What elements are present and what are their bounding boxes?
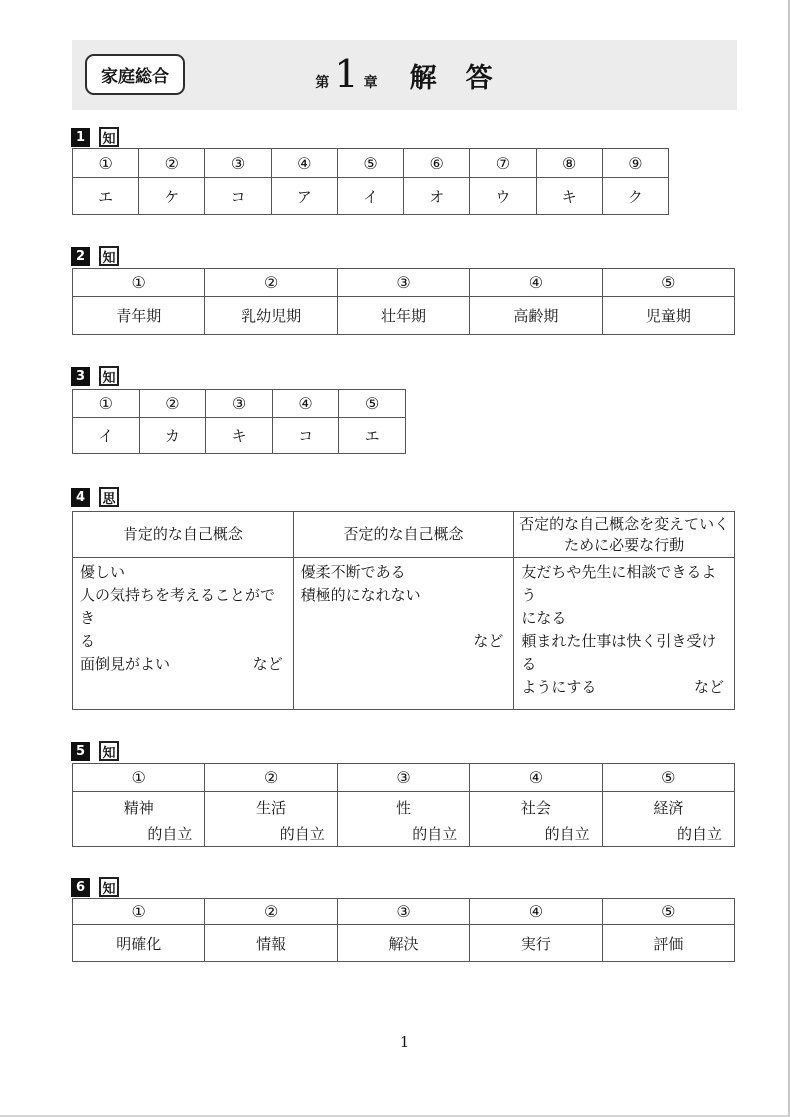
column-header: ⑥ <box>404 149 470 178</box>
column-header: ① <box>73 390 140 418</box>
chapter-header-band: 家庭総合 第 1 章 解 答 <box>72 40 737 110</box>
answer-line: 積極的になれない <box>294 584 514 607</box>
column-header: ④ <box>470 269 602 297</box>
answer-cell: 児童期 <box>603 297 734 334</box>
table-header-row: 肯定的な自己概念 否定的な自己概念 否定的な自己概念を変えていく ために必要な行… <box>73 512 734 558</box>
section-5-number-badge: 5 <box>71 742 90 761</box>
answer-cell: エ <box>73 178 139 214</box>
section-4-number-badge: 4 <box>71 488 90 507</box>
chapter-suffix: 章 <box>364 72 378 92</box>
column-header: ③ <box>338 764 470 792</box>
answer-cell: 高齢期 <box>470 297 602 334</box>
column-header: ② <box>139 149 205 178</box>
page-number: 1 <box>72 1033 737 1051</box>
table-answer-row: 優しい 人の気持ちを考えることができ る 面倒見がよいなど 優柔不断である 積極… <box>73 558 734 709</box>
table-answer-row: 青年期 乳幼児期 壮年期 高齢期 児童期 <box>73 297 734 334</box>
section-5-answer-table: ① ② ③ ④ ⑤ 精神 的自立 生活 的自立 性 的自立 社会 的自立 <box>72 763 735 847</box>
column-header: ③ <box>206 390 273 418</box>
column-header: ⑨ <box>603 149 668 178</box>
answer-cell: ア <box>272 178 338 214</box>
answer-cell: コ <box>273 418 340 453</box>
knowledge-tag-badge: 知 <box>99 366 119 386</box>
answer-line: 人の気持ちを考えることができ <box>73 584 293 630</box>
answer-cell: 友だちや先生に相談できるよう になる 頼まれた仕事は快く引き受ける ようにするな… <box>514 558 734 709</box>
column-header: ① <box>73 269 205 297</box>
section-6-header: 6 知 <box>71 877 119 897</box>
section-6-number-badge: 6 <box>71 878 90 897</box>
answer-line: など <box>294 630 514 653</box>
table-answer-row: 明確化 情報 解決 実行 評価 <box>73 925 734 961</box>
answer-cell: 経済 的自立 <box>603 792 734 846</box>
table-answer-row: エ ケ コ ア イ オ ウ キ ク <box>73 178 668 214</box>
answer-cell: 青年期 <box>73 297 205 334</box>
column-header: ③ <box>205 149 271 178</box>
answer-cell: ク <box>603 178 668 214</box>
answer-cell: エ <box>339 418 405 453</box>
answer-cell: 壮年期 <box>338 297 470 334</box>
answer-cell: 社会 的自立 <box>470 792 602 846</box>
column-header: 否定的な自己概念を変えていく ために必要な行動 <box>514 512 734 558</box>
section-1-header: 1 知 <box>71 127 119 147</box>
answer-line: 友だちや先生に相談できるよう <box>514 561 734 607</box>
column-header: 肯定的な自己概念 <box>73 512 294 558</box>
answer-cell: コ <box>205 178 271 214</box>
column-header: ④ <box>470 764 602 792</box>
column-header: ② <box>140 390 207 418</box>
column-header: ① <box>73 899 205 925</box>
answer-cell: キ <box>206 418 273 453</box>
answer-cell: オ <box>404 178 470 214</box>
chapter-number: 1 <box>334 55 358 93</box>
answer-cell: 明確化 <box>73 925 205 961</box>
answer-cell: 性 的自立 <box>338 792 470 846</box>
column-header: ② <box>205 899 337 925</box>
answer-line <box>294 607 514 630</box>
answer-cell: ウ <box>470 178 536 214</box>
table-header-row: ① ② ③ ④ ⑤ <box>73 764 734 792</box>
section-5-header: 5 知 <box>71 741 119 761</box>
column-header: ② <box>205 269 337 297</box>
column-header: ③ <box>338 899 470 925</box>
section-1-answer-table: ① ② ③ ④ ⑤ ⑥ ⑦ ⑧ ⑨ エ ケ コ ア イ オ ウ キ ク <box>72 148 669 215</box>
answer-cell: 精神 的自立 <box>73 792 205 846</box>
answer-cell: 優柔不断である 積極的になれない など <box>294 558 515 709</box>
answer-cell: 解決 <box>338 925 470 961</box>
chapter-prefix: 第 <box>315 72 329 92</box>
column-header: 否定的な自己概念 <box>294 512 515 558</box>
answer-cell: イ <box>73 418 140 453</box>
section-2-header: 2 知 <box>71 246 119 266</box>
column-header: ⑤ <box>339 390 405 418</box>
answer-cell: 生活 的自立 <box>205 792 337 846</box>
section-3-number-badge: 3 <box>71 367 90 386</box>
answer-line: になる <box>514 607 734 630</box>
section-3-header: 3 知 <box>71 366 119 386</box>
answer-line: 頼まれた仕事は快く引き受ける <box>514 630 734 676</box>
answer-sheet-page: 家庭総合 第 1 章 解 答 1 知 ① ② ③ ④ ⑤ ⑥ ⑦ ⑧ ⑨ エ <box>0 0 790 1117</box>
answer-cell: キ <box>537 178 603 214</box>
table-answer-row: 精神 的自立 生活 的自立 性 的自立 社会 的自立 経済 的自立 <box>73 792 734 846</box>
section-6-answer-table: ① ② ③ ④ ⑤ 明確化 情報 解決 実行 評価 <box>72 898 735 962</box>
answer-cell: 情報 <box>205 925 337 961</box>
knowledge-tag-badge: 知 <box>99 741 119 761</box>
answer-cell: カ <box>140 418 207 453</box>
knowledge-tag-badge: 知 <box>99 246 119 266</box>
answer-cell: イ <box>338 178 404 214</box>
section-2-number-badge: 2 <box>71 247 90 266</box>
table-header-row: ① ② ③ ④ ⑤ <box>73 269 734 297</box>
column-header: ④ <box>273 390 340 418</box>
answer-line: 優しい <box>73 561 293 584</box>
column-header: ⑤ <box>603 269 734 297</box>
column-header: ⑤ <box>603 899 734 925</box>
section-2-answer-table: ① ② ③ ④ ⑤ 青年期 乳幼児期 壮年期 高齢期 児童期 <box>72 268 735 335</box>
answer-line: 面倒見がよいなど <box>73 653 293 676</box>
chapter-title: 第 1 章 解 答 <box>72 40 737 110</box>
column-header: ⑧ <box>537 149 603 178</box>
answer-cell: 乳幼児期 <box>205 297 337 334</box>
section-4-answer-table: 肯定的な自己概念 否定的な自己概念 否定的な自己概念を変えていく ために必要な行… <box>72 511 735 710</box>
chapter-title-inner: 第 1 章 解 答 <box>315 55 493 95</box>
column-header: ① <box>73 149 139 178</box>
answer-cell: 実行 <box>470 925 602 961</box>
answer-line: ようにするなど <box>514 676 734 699</box>
answer-line: 優柔不断である <box>294 561 514 584</box>
column-header: ② <box>205 764 337 792</box>
table-header-row: ① ② ③ ④ ⑤ <box>73 390 405 418</box>
section-1-number-badge: 1 <box>71 128 90 147</box>
column-header: ④ <box>272 149 338 178</box>
column-header: ⑤ <box>603 764 734 792</box>
knowledge-tag-badge: 知 <box>99 127 119 147</box>
answer-cell: 評価 <box>603 925 734 961</box>
table-answer-row: イ カ キ コ エ <box>73 418 405 453</box>
column-header: ③ <box>338 269 470 297</box>
table-header-row: ① ② ③ ④ ⑤ ⑥ ⑦ ⑧ ⑨ <box>73 149 668 178</box>
column-header: ⑦ <box>470 149 536 178</box>
section-3-answer-table: ① ② ③ ④ ⑤ イ カ キ コ エ <box>72 389 406 454</box>
answer-line: る <box>73 630 293 653</box>
thinking-tag-badge: 思 <box>99 487 119 507</box>
column-header: ① <box>73 764 205 792</box>
knowledge-tag-badge: 知 <box>99 877 119 897</box>
section-4-header: 4 思 <box>71 487 119 507</box>
column-header: ④ <box>470 899 602 925</box>
page-title: 解 答 <box>410 56 494 95</box>
answer-cell: 優しい 人の気持ちを考えることができ る 面倒見がよいなど <box>73 558 294 709</box>
table-header-row: ① ② ③ ④ ⑤ <box>73 899 734 925</box>
answer-cell: ケ <box>139 178 205 214</box>
column-header: ⑤ <box>338 149 404 178</box>
